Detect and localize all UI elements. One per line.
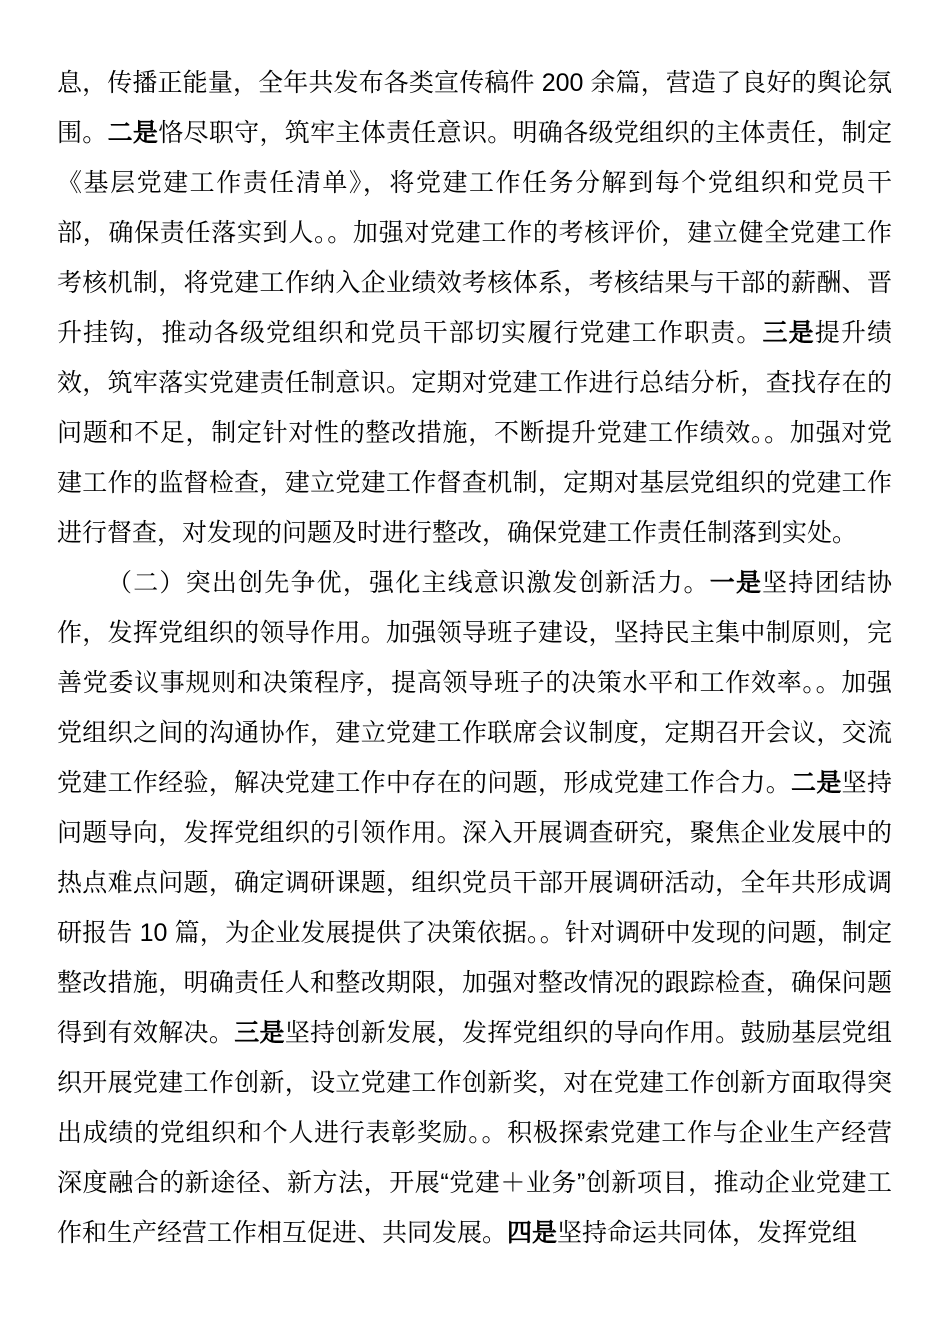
emphasis-run: 二是 (108, 119, 159, 147)
text-run: （二）突出创先争优，强化主线意识激发创新活力。 (107, 569, 710, 597)
text-run: 坚持问题导向，发挥党组织的引领作用。深入开展调查研究，聚焦企业发展中的热点难点问… (57, 769, 892, 1047)
text-run: 提升绩效，筑牢落实党建责任制意识。定期对党建工作进行总结分析，查找存在的问题和不… (57, 319, 892, 547)
emphasis-run: 三是 (762, 319, 814, 347)
text-run: 坚持创新发展，发挥党组织的导向作用。鼓励基层党组织开展党建工作创新，设立党建工作… (57, 1019, 892, 1247)
paragraph: 息，传播正能量，全年共发布各类宣传稿件 200 余篇，营造了良好的舆论氛围。二是… (57, 58, 892, 558)
emphasis-run: 四是 (507, 1219, 557, 1247)
emphasis-run: 二是 (791, 769, 842, 797)
text-run: 坚持命运共同体，发挥党组 (557, 1219, 857, 1247)
text-run: 坚持团结协作，发挥党组织的领导作用。加强领导班子建设，坚持民主集中制原则，完善党… (57, 569, 892, 797)
text-run: 恪尽职守，筑牢主体责任意识。明确各级党组织的主体责任，制定《基层党建工作责任清单… (57, 119, 892, 347)
document-body: 息，传播正能量，全年共发布各类宣传稿件 200 余篇，营造了良好的舆论氛围。二是… (0, 0, 950, 1258)
paragraph: （二）突出创先争优，强化主线意识激发创新活力。一是坚持团结协作，发挥党组织的领导… (57, 558, 892, 1258)
document-page: 息，传播正能量，全年共发布各类宣传稿件 200 余篇，营造了良好的舆论氛围。二是… (0, 0, 950, 1344)
emphasis-run: 一是 (710, 569, 762, 597)
emphasis-run: 三是 (234, 1019, 285, 1047)
